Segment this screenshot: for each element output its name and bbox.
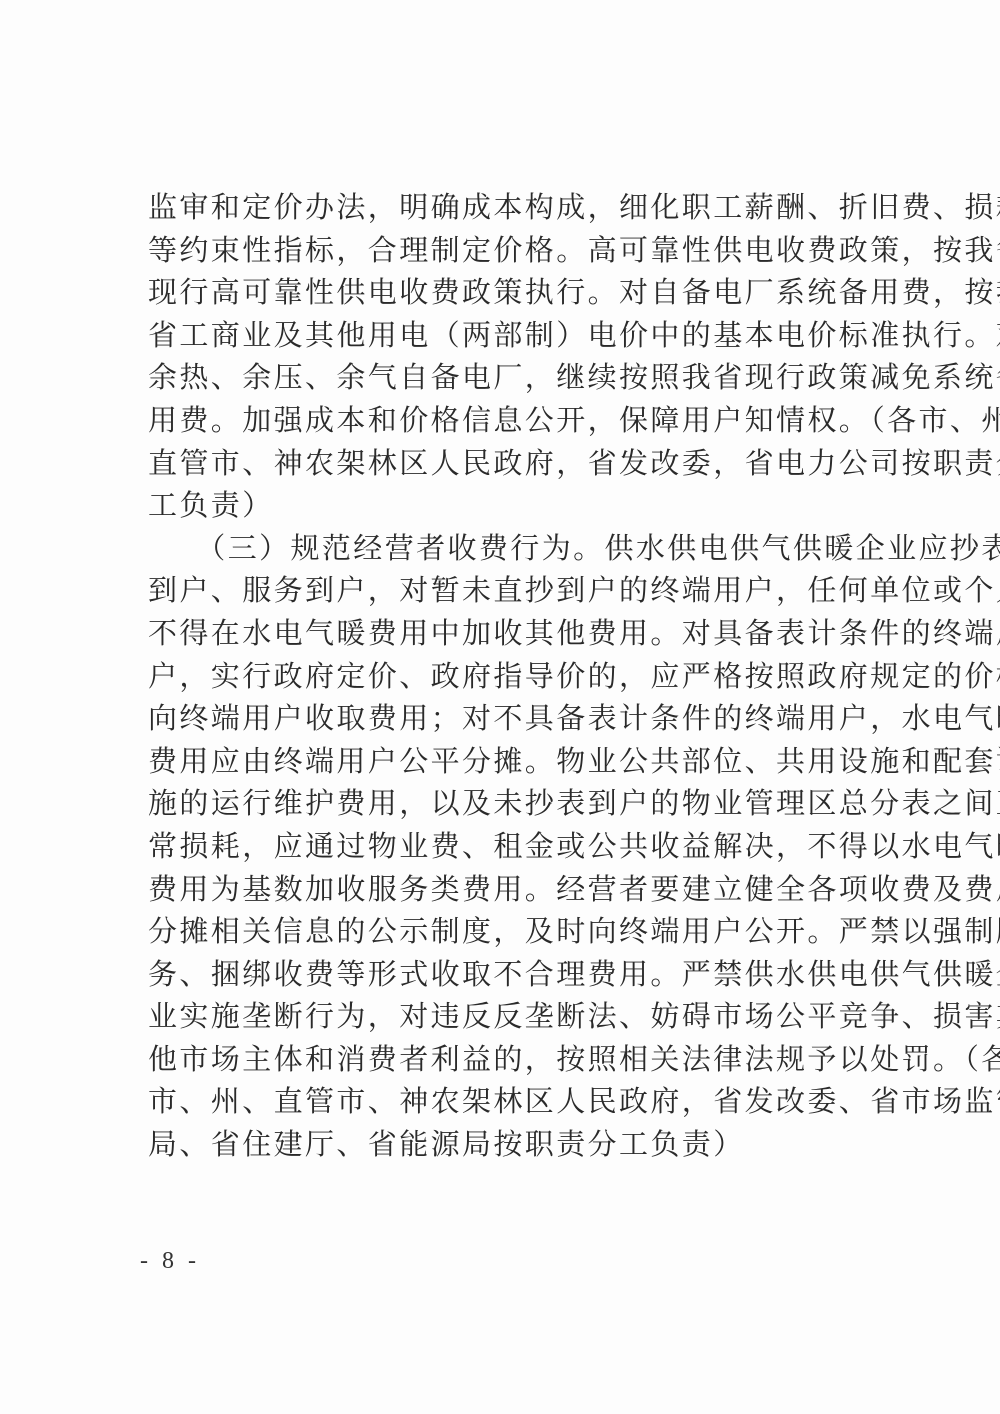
text-line: 到户、服务到户，对暂未直抄到户的终端用户，任何单位或个人 bbox=[148, 569, 888, 612]
text-line: 用费。加强成本和价格信息公开，保障用户知情权。（各市、州、 bbox=[148, 399, 888, 442]
text-line: 工负责） bbox=[148, 484, 888, 527]
text-line: 施的运行维护费用，以及未抄表到户的物业管理区总分表之间正 bbox=[148, 782, 888, 825]
text-line: 分摊相关信息的公示制度，及时向终端用户公开。严禁以强制服 bbox=[148, 910, 888, 953]
text-line: 现行高可靠性供电收费政策执行。对自备电厂系统备用费，按我 bbox=[148, 271, 888, 314]
text-line: 费用应由终端用户公平分摊。物业公共部位、共用设施和配套设 bbox=[148, 740, 888, 783]
text-line: 常损耗，应通过物业费、租金或公共收益解决，不得以水电气暖 bbox=[148, 825, 888, 868]
text-line: 市、州、直管市、神农架林区人民政府，省发改委、省市场监管 bbox=[148, 1080, 888, 1123]
text-line: 向终端用户收取费用；对不具备表计条件的终端用户，水电气暖 bbox=[148, 697, 888, 740]
text-line: 省工商业及其他用电（两部制）电价中的基本电价标准执行。对 bbox=[148, 314, 888, 357]
document-page: 监审和定价办法，明确成本构成，细化职工薪酬、折旧费、损耗 等约束性指标，合理制定… bbox=[0, 0, 1000, 1414]
text-line: 等约束性指标，合理制定价格。高可靠性供电收费政策，按我省 bbox=[148, 229, 888, 272]
text-line: 业实施垄断行为，对违反反垄断法、妨碍市场公平竞争、损害其 bbox=[148, 995, 888, 1038]
text-line: 监审和定价办法，明确成本构成，细化职工薪酬、折旧费、损耗 bbox=[148, 186, 888, 229]
text-line: 直管市、神农架林区人民政府，省发改委，省电力公司按职责分 bbox=[148, 442, 888, 485]
text-line: 不得在水电气暖费用中加收其他费用。对具备表计条件的终端用 bbox=[148, 612, 888, 655]
page-number: - 8 - bbox=[140, 1248, 200, 1275]
text-line: 他市场主体和消费者利益的，按照相关法律法规予以处罚。（各 bbox=[148, 1038, 888, 1081]
text-line: 户，实行政府定价、政府指导价的，应严格按照政府规定的价格 bbox=[148, 655, 888, 698]
text-line: 费用为基数加收服务类费用。经营者要建立健全各项收费及费用 bbox=[148, 868, 888, 911]
text-line: 务、捆绑收费等形式收取不合理费用。严禁供水供电供气供暖企 bbox=[148, 953, 888, 996]
text-line: 局、省住建厅、省能源局按职责分工负责） bbox=[148, 1123, 888, 1166]
body-text: 监审和定价办法，明确成本构成，细化职工薪酬、折旧费、损耗 等约束性指标，合理制定… bbox=[148, 186, 888, 1166]
section-heading-line: （三）规范经营者收费行为。供水供电供气供暖企业应抄表 bbox=[148, 527, 888, 570]
text-line: 余热、余压、余气自备电厂，继续按照我省现行政策减免系统备 bbox=[148, 356, 888, 399]
